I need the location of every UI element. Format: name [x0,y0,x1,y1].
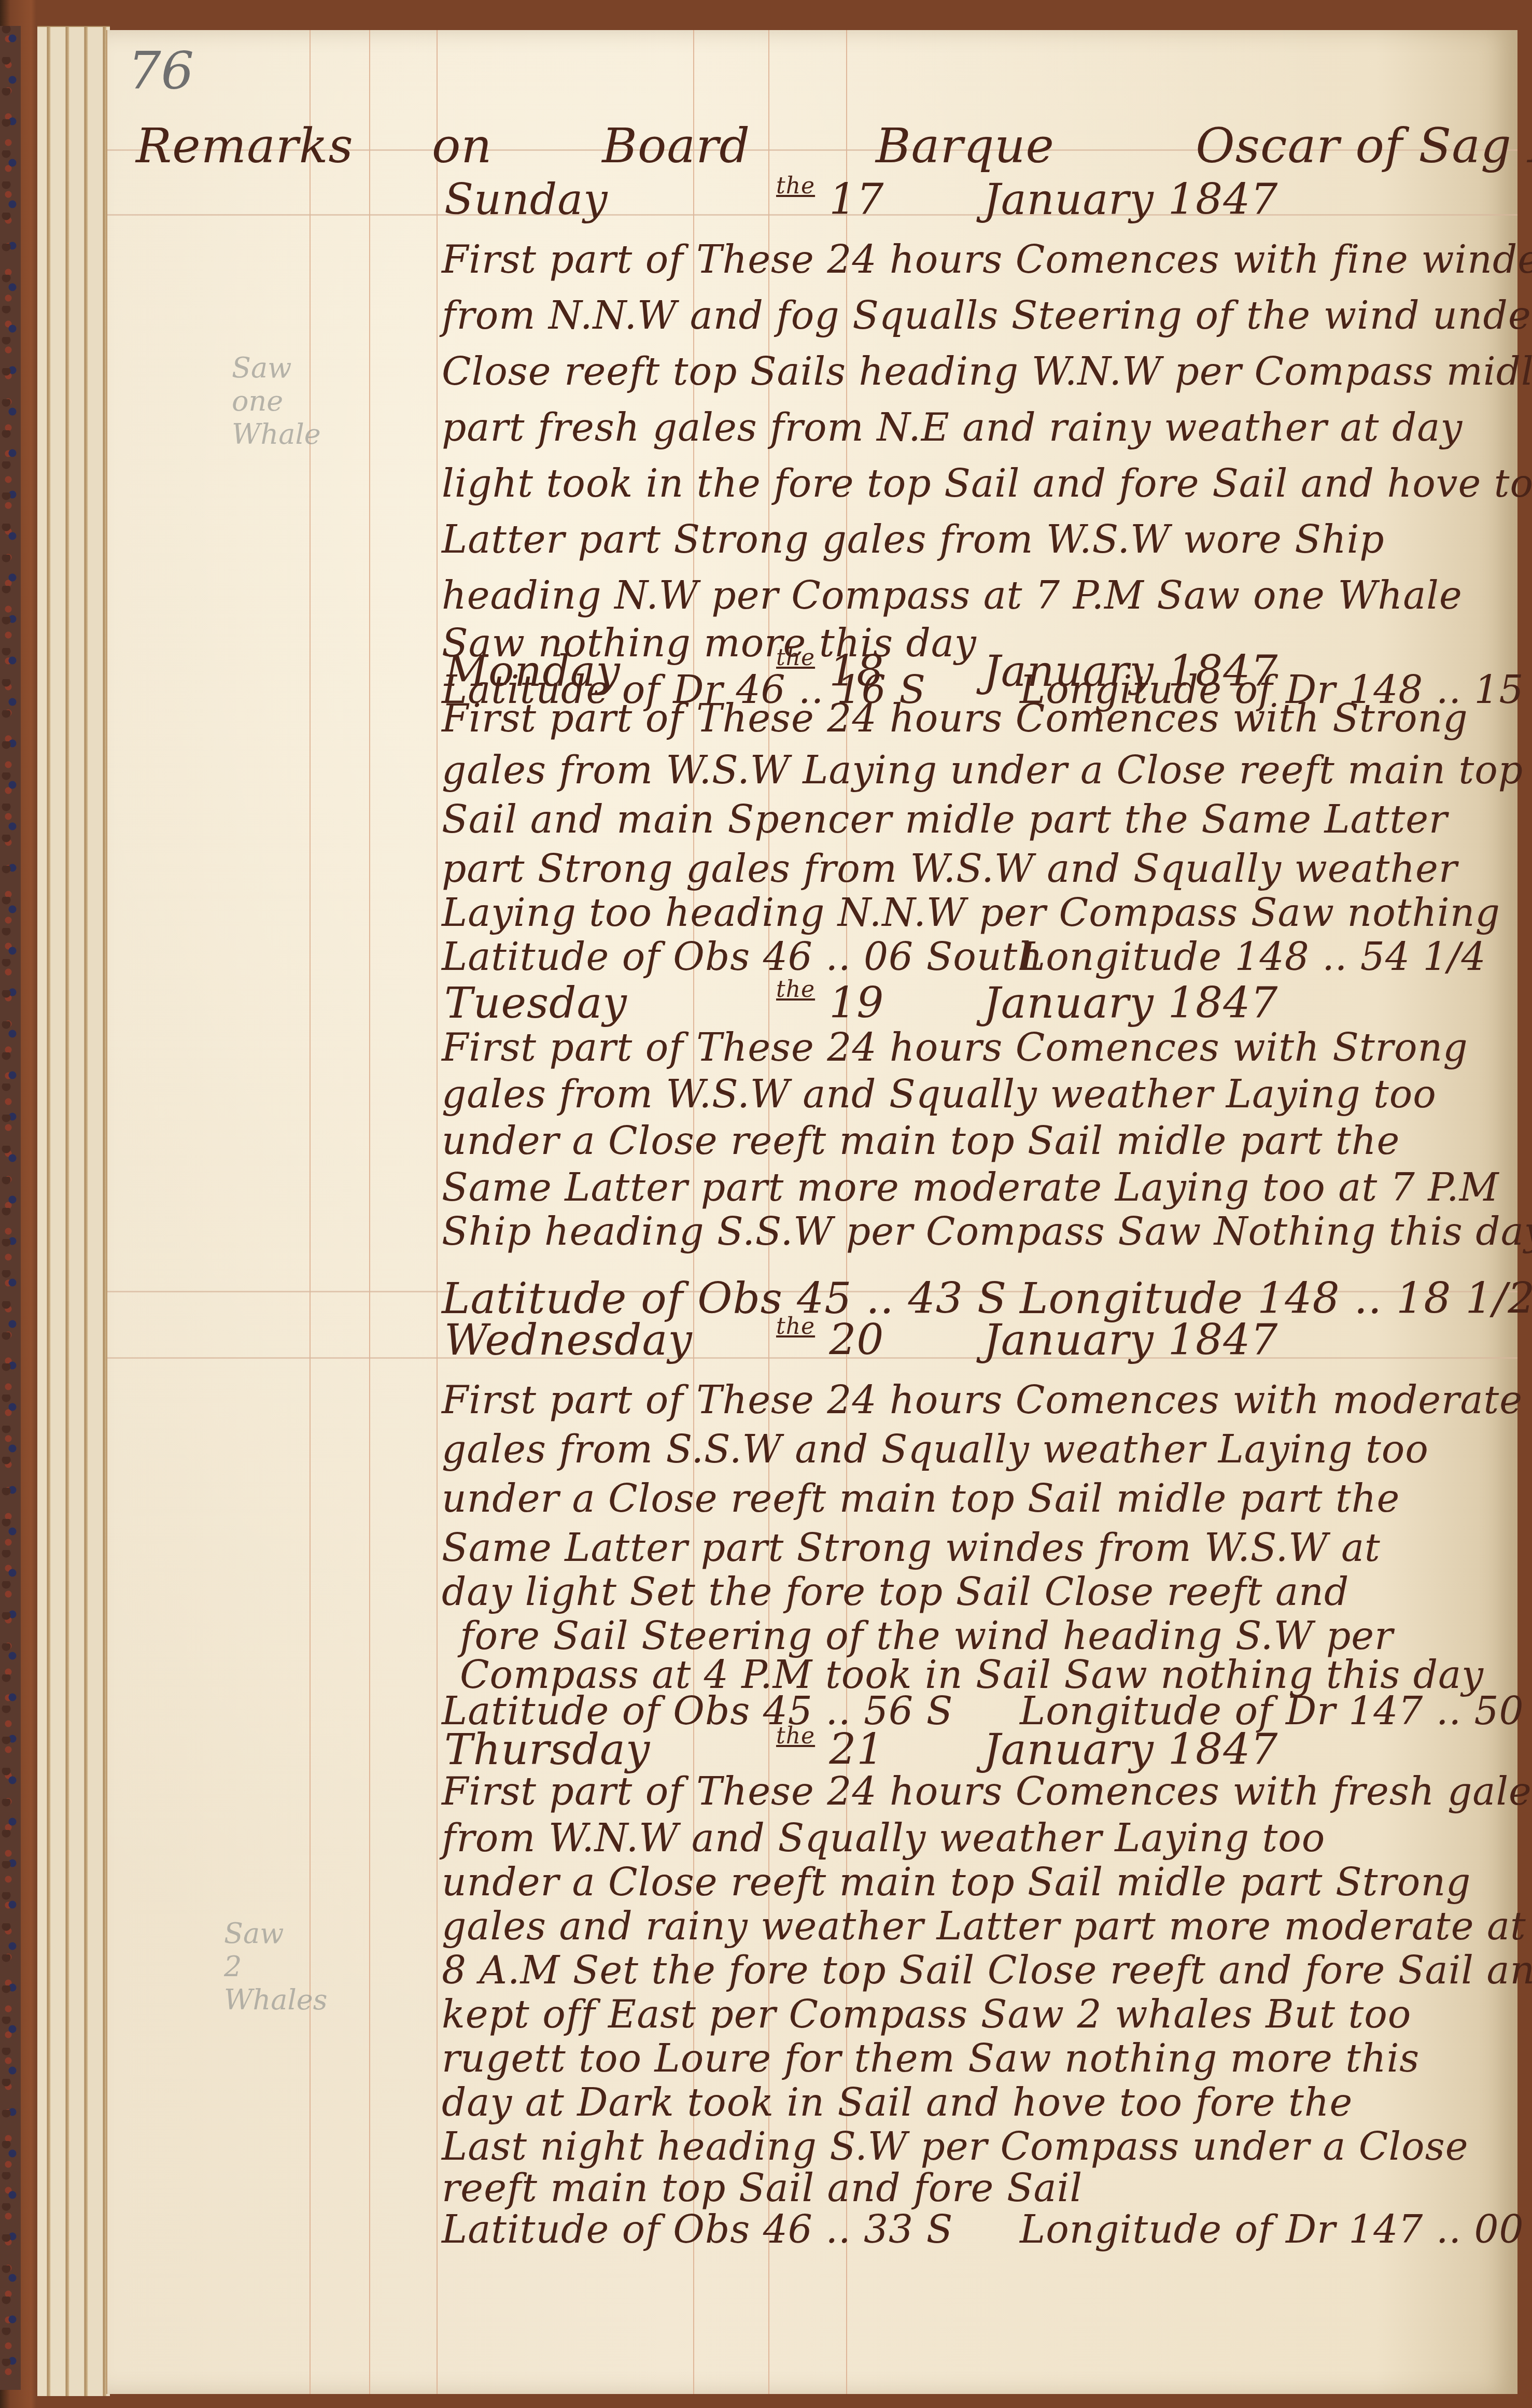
entry-line: day at Dark took in Sail and hove too fo… [442,2080,1353,2125]
entry-date: the 19 [776,979,884,1028]
entry-line: gales from W.S.W and Squally weather Lay… [442,1072,1437,1117]
entry-line: reeft main top Sail and fore Sail [442,2166,1083,2210]
entry-longitude: Longitude 148 .. 54 1/4 [1020,935,1486,979]
entry-date: the 21 [776,1725,884,1775]
log-title: Remarks on Board Barque Oscar of Sag Har… [136,118,1532,174]
entry-latitude: Latitude of Obs 46 .. 33 S [442,2207,953,2252]
entry-date: the 18 [776,647,884,696]
margin-note: Saw one Whale [232,351,315,451]
logbook-page: 76 Remarks on Board Barque Oscar of Sag … [106,30,1517,2394]
entry-line: light took in the fore top Sail and fore… [442,461,1532,506]
entry-line: gales from W.S.W Laying under a Close re… [442,748,1523,793]
margin-note: Saw 2 Whales [224,1917,307,2017]
entry-month-year: January 1847 [983,647,1278,696]
entry-day: Thursday [444,1725,650,1775]
page-number: 76 [128,40,194,101]
entry-day: Sunday [444,175,608,224]
entry-line: Last night heading S.W per Compass under… [442,2124,1468,2169]
title-word: Barque [876,118,1055,174]
entry-line: Laying too heading N.N.W per Compass Saw… [442,891,1500,935]
entry-line: heading N.W per Compass at 7 P.M Saw one… [442,573,1463,618]
entry-line: from W.N.W and Squally weather Laying to… [442,1816,1325,1861]
ruled-column-line [437,30,438,2394]
title-word: Oscar of Sag Harbor [1196,118,1532,174]
title-word: on [432,118,493,174]
entry-line: rugett too Loure for them Saw nothing mo… [442,2036,1419,2081]
entry-line: fore Sail Steering of the wind heading S… [460,1614,1394,1658]
entry-month-year: January 1847 [983,175,1278,224]
entry-month-year: January 1847 [983,979,1278,1028]
entry-line: part Strong gales from W.S.W and Squally… [442,847,1457,891]
entry-line: under a Close reeft main top Sail midle … [442,1476,1400,1521]
entry-line: Same Latter part Strong windes from W.S.… [442,1526,1381,1570]
marbled-endpaper [0,26,21,2390]
entry-line: First part of These 24 hours Comences wi… [442,1769,1532,1814]
entry-line: gales from S.S.W and Squally weather Lay… [442,1427,1429,1472]
entry-line: under a Close reeft main top Sail midle … [442,1119,1400,1163]
page-edges [37,26,110,2396]
entry-line: from N.N.W and fog Squalls Steering of t… [442,293,1532,338]
title-word: Remarks [136,118,354,174]
entry-month-year: January 1847 [983,1316,1278,1365]
entry-line: kept off East per Compass Saw 2 whales B… [442,1992,1411,2037]
entry-line: Close reeft top Sails heading W.N.W per … [442,349,1532,394]
entry-line: part fresh gales from N.E and rainy weat… [442,405,1463,450]
entry-line: First part of These 24 hours Comences wi… [442,237,1532,282]
entry-line: under a Close reeft main top Sail midle … [442,1860,1471,1905]
entry-date: the 20 [776,1316,884,1365]
entry-line: Ship heading S.S.W per Compass Saw Nothi… [442,1209,1532,1254]
entry-line: First part of These 24 hours Comences wi… [442,1025,1468,1070]
entry-day: Tuesday [444,979,627,1028]
ruled-column-line [369,30,370,2394]
entry-line: First part of These 24 hours Comences wi… [442,696,1468,741]
entry-line: 8 A.M Set the fore top Sail Close reeft … [442,1948,1532,1993]
entry-line: gales and rainy weather Latter part more… [442,1904,1526,1949]
entry-line: First part of These 24 hours Comences wi… [442,1378,1523,1423]
entry-line: Latter part Strong gales from W.S.W wore… [442,517,1385,562]
entry-day: Monday [444,647,621,696]
entry-line: Sail and main Spencer midle part the Sam… [442,797,1447,842]
entry-date: the 17 [776,175,884,224]
entry-line: Same Latter part more moderate Laying to… [442,1165,1499,1210]
entry-line: day light Set the fore top Sail Close re… [442,1570,1349,1614]
entry-day: Wednesday [444,1316,693,1365]
entry-longitude: Longitude of Dr 147 .. 00 [1020,2207,1524,2252]
entry-latitude: Latitude of Obs 46 .. 06 South [442,935,1043,979]
title-word: Board [602,118,750,174]
entry-month-year: January 1847 [983,1725,1278,1775]
